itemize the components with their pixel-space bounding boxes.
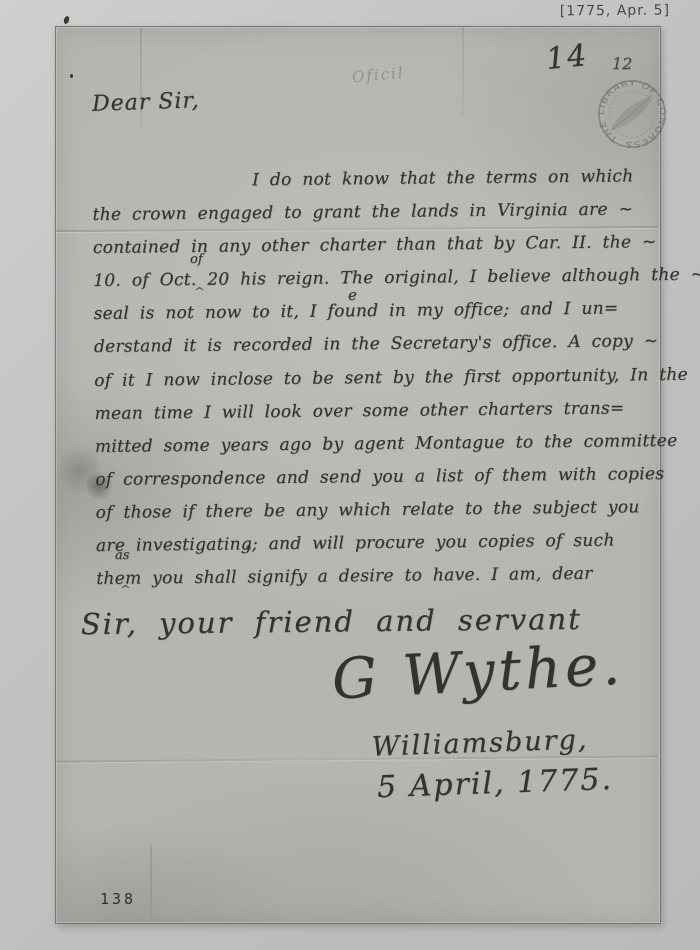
interlinear-insertion: as bbox=[115, 548, 129, 563]
ink-speck bbox=[63, 15, 70, 24]
letter-body: I do not know that the terms on which th… bbox=[92, 160, 657, 648]
archival-date-note: [1775, Apr. 5] bbox=[538, 2, 670, 19]
body-line: them you shall signify a desire to have.… bbox=[96, 557, 656, 596]
folio-number: 14 bbox=[544, 38, 590, 77]
ink-speck bbox=[70, 74, 73, 78]
folio-number-small: 12 bbox=[612, 54, 632, 73]
scanned-letter-page: [1775, Apr. 5] 14 12 Oficil THE LIBRARY … bbox=[0, 0, 700, 950]
fold-crease bbox=[462, 27, 464, 117]
interlinear-insertion: of bbox=[190, 252, 203, 267]
fold-crease bbox=[150, 845, 152, 921]
body-line: mean time I will look over some other ch… bbox=[94, 392, 654, 431]
page-number-stamp: 138 bbox=[100, 890, 136, 908]
insertion-caret: ^ bbox=[120, 584, 131, 596]
library-of-congress-stamp: THE LIBRARY OF CONGRESS bbox=[596, 78, 668, 150]
body-line: of it I now inclose to be sent by the fi… bbox=[94, 359, 654, 398]
body-line: mitted some years ago by agent Montague … bbox=[95, 425, 655, 464]
salutation: Dear Sir, bbox=[92, 88, 200, 117]
stamp-graphic: THE LIBRARY OF CONGRESS bbox=[596, 78, 668, 150]
insertion-caret: ^ bbox=[194, 286, 205, 298]
interlinear-insertion: e bbox=[348, 286, 357, 304]
body-line: derstand it is recorded in the Secretary… bbox=[94, 326, 654, 365]
